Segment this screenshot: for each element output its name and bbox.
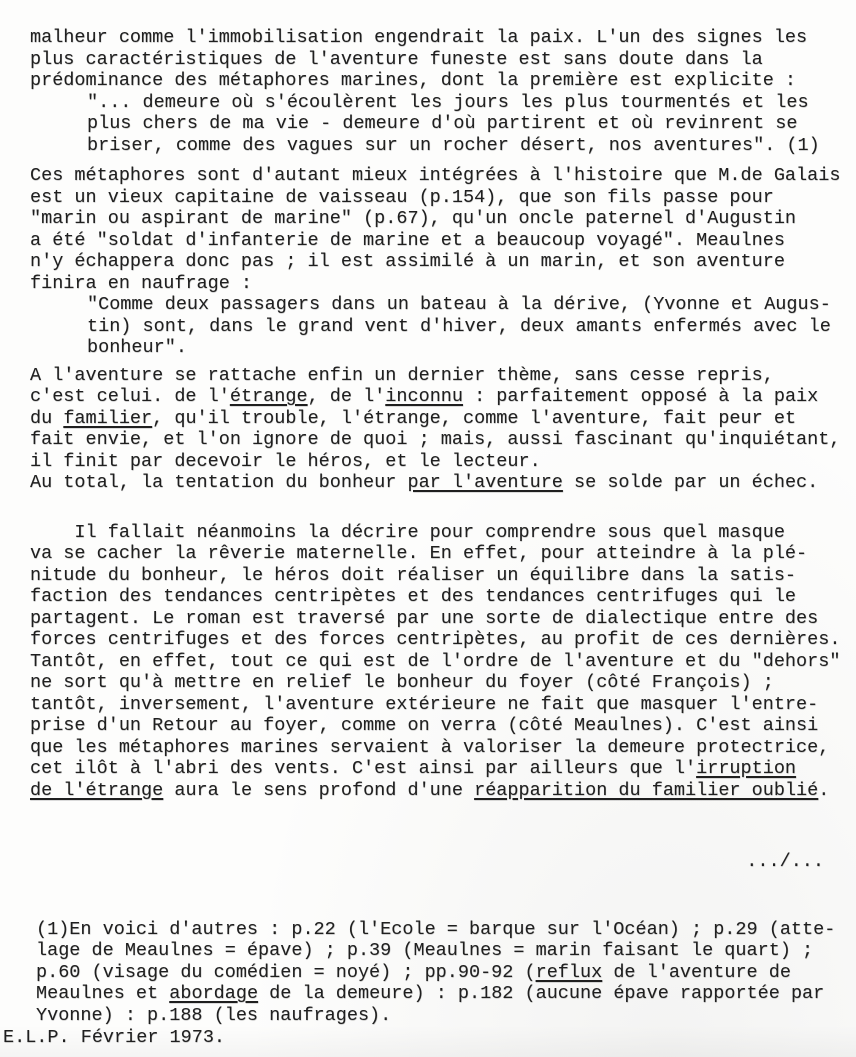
underlined-text: par l'aventure [407,472,562,493]
text-segment: Au total, la tentation du bonheur [30,472,407,493]
text-segment: plus chers de ma vie - demeure d'où part… [87,113,798,134]
text-line: que les métaphores marines servaient à v… [30,737,850,759]
text-line: n'y échappera donc pas ; il est assimilé… [30,251,850,273]
text-line: bonheur". [87,337,850,359]
text-segment: va se cacher la rêverie maternelle. En e… [30,543,807,564]
text-segment: tantôt, inversement, l'aventure extérieu… [30,694,818,715]
footnote: (1)En voici d'autres : p.22 (l'Ecole = b… [36,919,850,1027]
underlined-text: de l'étrange [30,780,163,801]
text-line: briser, comme des vagues sur un rocher d… [87,135,850,157]
paragraph: Ces métaphores sont d'autant mieux intég… [30,165,850,294]
text-line: de l'étrange aura le sens profond d'une … [30,780,850,802]
signature-line: E.L.P. Février 1973. [3,1027,850,1049]
text-segment: plus caractéristiques de l'aventure fune… [30,49,763,70]
text-segment: (1)En voici d'autres : p.22 (l'Ecole = b… [36,919,835,940]
text-segment: il finit par decevoir le héros, et le le… [30,451,541,472]
text-line: plus chers de ma vie - demeure d'où part… [87,113,850,135]
text-line: va se cacher la rêverie maternelle. En e… [30,543,850,565]
text-segment: prise d'un Retour au foyer, comme on ver… [30,715,818,736]
text-line: ne sort qu'à mettre en relief le bonheur… [30,672,850,694]
text-line: cet ilôt à l'abri des vents. C'est ainsi… [30,758,850,780]
text-segment: forces centrifuges et des forces centrip… [30,629,840,650]
text-line: partagent. Le roman est traversé par une… [30,608,850,630]
text-segment: Yvonne) : p.188 (les naufrages). [36,1005,391,1026]
text-segment: c'est celui. de l' [30,386,230,407]
text-segment: A l'aventure se rattache enfin un dernie… [30,365,774,386]
text-segment: malheur comme l'immobilisation engendrai… [30,27,807,48]
continuation-mark: .../... [30,851,850,873]
text-line: Au total, la tentation du bonheur par l'… [30,472,850,494]
text-line: c'est celui. de l'étrange, de l'inconnu … [30,386,850,408]
text-segment: cet ilôt à l'abri des vents. C'est ainsi… [30,758,696,779]
text-segment: tin) sont, dans le grand vent d'hiver, d… [87,316,831,337]
text-line: a été "soldat d'infanterie de marine et … [30,230,850,252]
document-body: malheur comme l'immobilisation engendrai… [30,27,850,1049]
underlined-text: reflux [536,962,603,983]
quote-block: "... demeure où s'écoulèrent les jours l… [87,92,850,157]
text-line: du familier, qu'il trouble, l'étrange, c… [30,408,850,430]
text-line: Tantôt, en effet, tout ce qui est de l'o… [30,651,850,673]
text-segment: bonheur". [87,337,187,358]
text-line: Il fallait néanmoins la décrire pour com… [30,522,850,544]
text-line: Ces métaphores sont d'autant mieux intég… [30,165,850,187]
text-segment: partagent. Le roman est traversé par une… [30,608,818,629]
text-segment: "... demeure où s'écoulèrent les jours l… [87,92,809,113]
text-segment: prédominance des métaphores marines, don… [30,70,796,91]
text-line: (1)En voici d'autres : p.22 (l'Ecole = b… [36,919,850,941]
text-line: E.L.P. Février 1973. [3,1027,850,1049]
text-segment: fait envie, et l'on ignore de quoi ; mai… [30,429,840,450]
text-segment: nitude du bonheur, le héros doit réalise… [30,565,796,586]
text-line: "marin ou aspirant de marine" (p.67), qu… [30,208,850,230]
text-segment: , qu'il trouble, l'étrange, comme l'aven… [152,408,796,429]
text-line: Meaulnes et abordage de la demeure) : p.… [36,983,850,1005]
text-line: Yvonne) : p.188 (les naufrages). [36,1005,850,1027]
text-segment: Tantôt, en effet, tout ce qui est de l'o… [30,651,840,672]
text-line: lage de Meaulnes = épave) ; p.39 (Meauln… [36,940,850,962]
text-line: "... demeure où s'écoulèrent les jours l… [87,92,850,114]
text-line: est un vieux capitaine de vaisseau (p.15… [30,187,850,209]
underlined-text: familier [63,408,152,429]
text-line: .../... [30,851,824,873]
text-segment: se solde par un échec. [563,472,818,493]
text-segment: p.60 (visage du comédien = noyé) ; pp.90… [36,962,536,983]
text-segment: est un vieux capitaine de vaisseau (p.15… [30,187,774,208]
text-line: nitude du bonheur, le héros doit réalise… [30,565,850,587]
text-segment: "Comme deux passagers dans un bateau à l… [87,294,831,315]
text-line: finira en naufrage : [30,273,850,295]
text-line: forces centrifuges et des forces centrip… [30,629,850,651]
text-segment: : parfaitement opposé à la paix [463,386,818,407]
underlined-text: irruption [696,758,796,779]
text-segment: . [818,780,829,801]
text-segment: du [30,408,63,429]
text-line: A l'aventure se rattache enfin un dernie… [30,365,850,387]
scanned-page: malheur comme l'immobilisation engendrai… [0,0,856,1057]
text-segment: finira en naufrage : [30,273,252,294]
paragraph: malheur comme l'immobilisation engendrai… [30,27,850,92]
text-segment: que les métaphores marines servaient à v… [30,737,829,758]
text-line: tantôt, inversement, l'aventure extérieu… [30,694,850,716]
text-line: prédominance des métaphores marines, don… [30,70,850,92]
text-line: prise d'un Retour au foyer, comme on ver… [30,715,850,737]
text-segment: .../... [746,851,824,872]
text-segment: "marin ou aspirant de marine" (p.67), qu… [30,208,796,229]
text-segment: Meaulnes et [36,983,169,1004]
text-segment: a été "soldat d'infanterie de marine et … [30,230,785,251]
underlined-text: réapparition du familier oublié [474,780,818,801]
underlined-text: abordage [169,983,258,1004]
text-line: p.60 (visage du comédien = noyé) ; pp.90… [36,962,850,984]
text-line: malheur comme l'immobilisation engendrai… [30,27,850,49]
text-segment: faction des tendances centripètes et des… [30,586,796,607]
quote-block: "Comme deux passagers dans un bateau à l… [87,294,850,359]
text-line: faction des tendances centripètes et des… [30,586,850,608]
text-segment: ne sort qu'à mettre en relief le bonheur… [30,672,774,693]
paragraph: Il fallait néanmoins la décrire pour com… [30,522,850,802]
text-segment: E.L.P. Février 1973. [3,1027,225,1048]
text-segment: de l'aventure de [602,962,791,983]
text-line: il finit par decevoir le héros, et le le… [30,451,850,473]
text-segment: aura le sens profond d'une [163,780,474,801]
text-line: plus caractéristiques de l'aventure fune… [30,49,850,71]
text-line: fait envie, et l'on ignore de quoi ; mai… [30,429,850,451]
underlined-text: étrange [230,386,308,407]
text-line: tin) sont, dans le grand vent d'hiver, d… [87,316,850,338]
text-segment: Ces métaphores sont d'autant mieux intég… [30,165,840,186]
text-segment: , de l' [308,386,386,407]
paragraph: A l'aventure se rattache enfin un dernie… [30,365,850,494]
text-line: "Comme deux passagers dans un bateau à l… [87,294,850,316]
text-segment: n'y échappera donc pas ; il est assimilé… [30,251,785,272]
underlined-text: inconnu [385,386,463,407]
text-segment: de la demeure) : p.182 (aucune épave rap… [258,983,824,1004]
text-segment: lage de Meaulnes = épave) ; p.39 (Meauln… [36,940,813,961]
text-segment: Il fallait néanmoins la décrire pour com… [30,522,785,543]
text-segment: briser, comme des vagues sur un rocher d… [87,135,820,156]
